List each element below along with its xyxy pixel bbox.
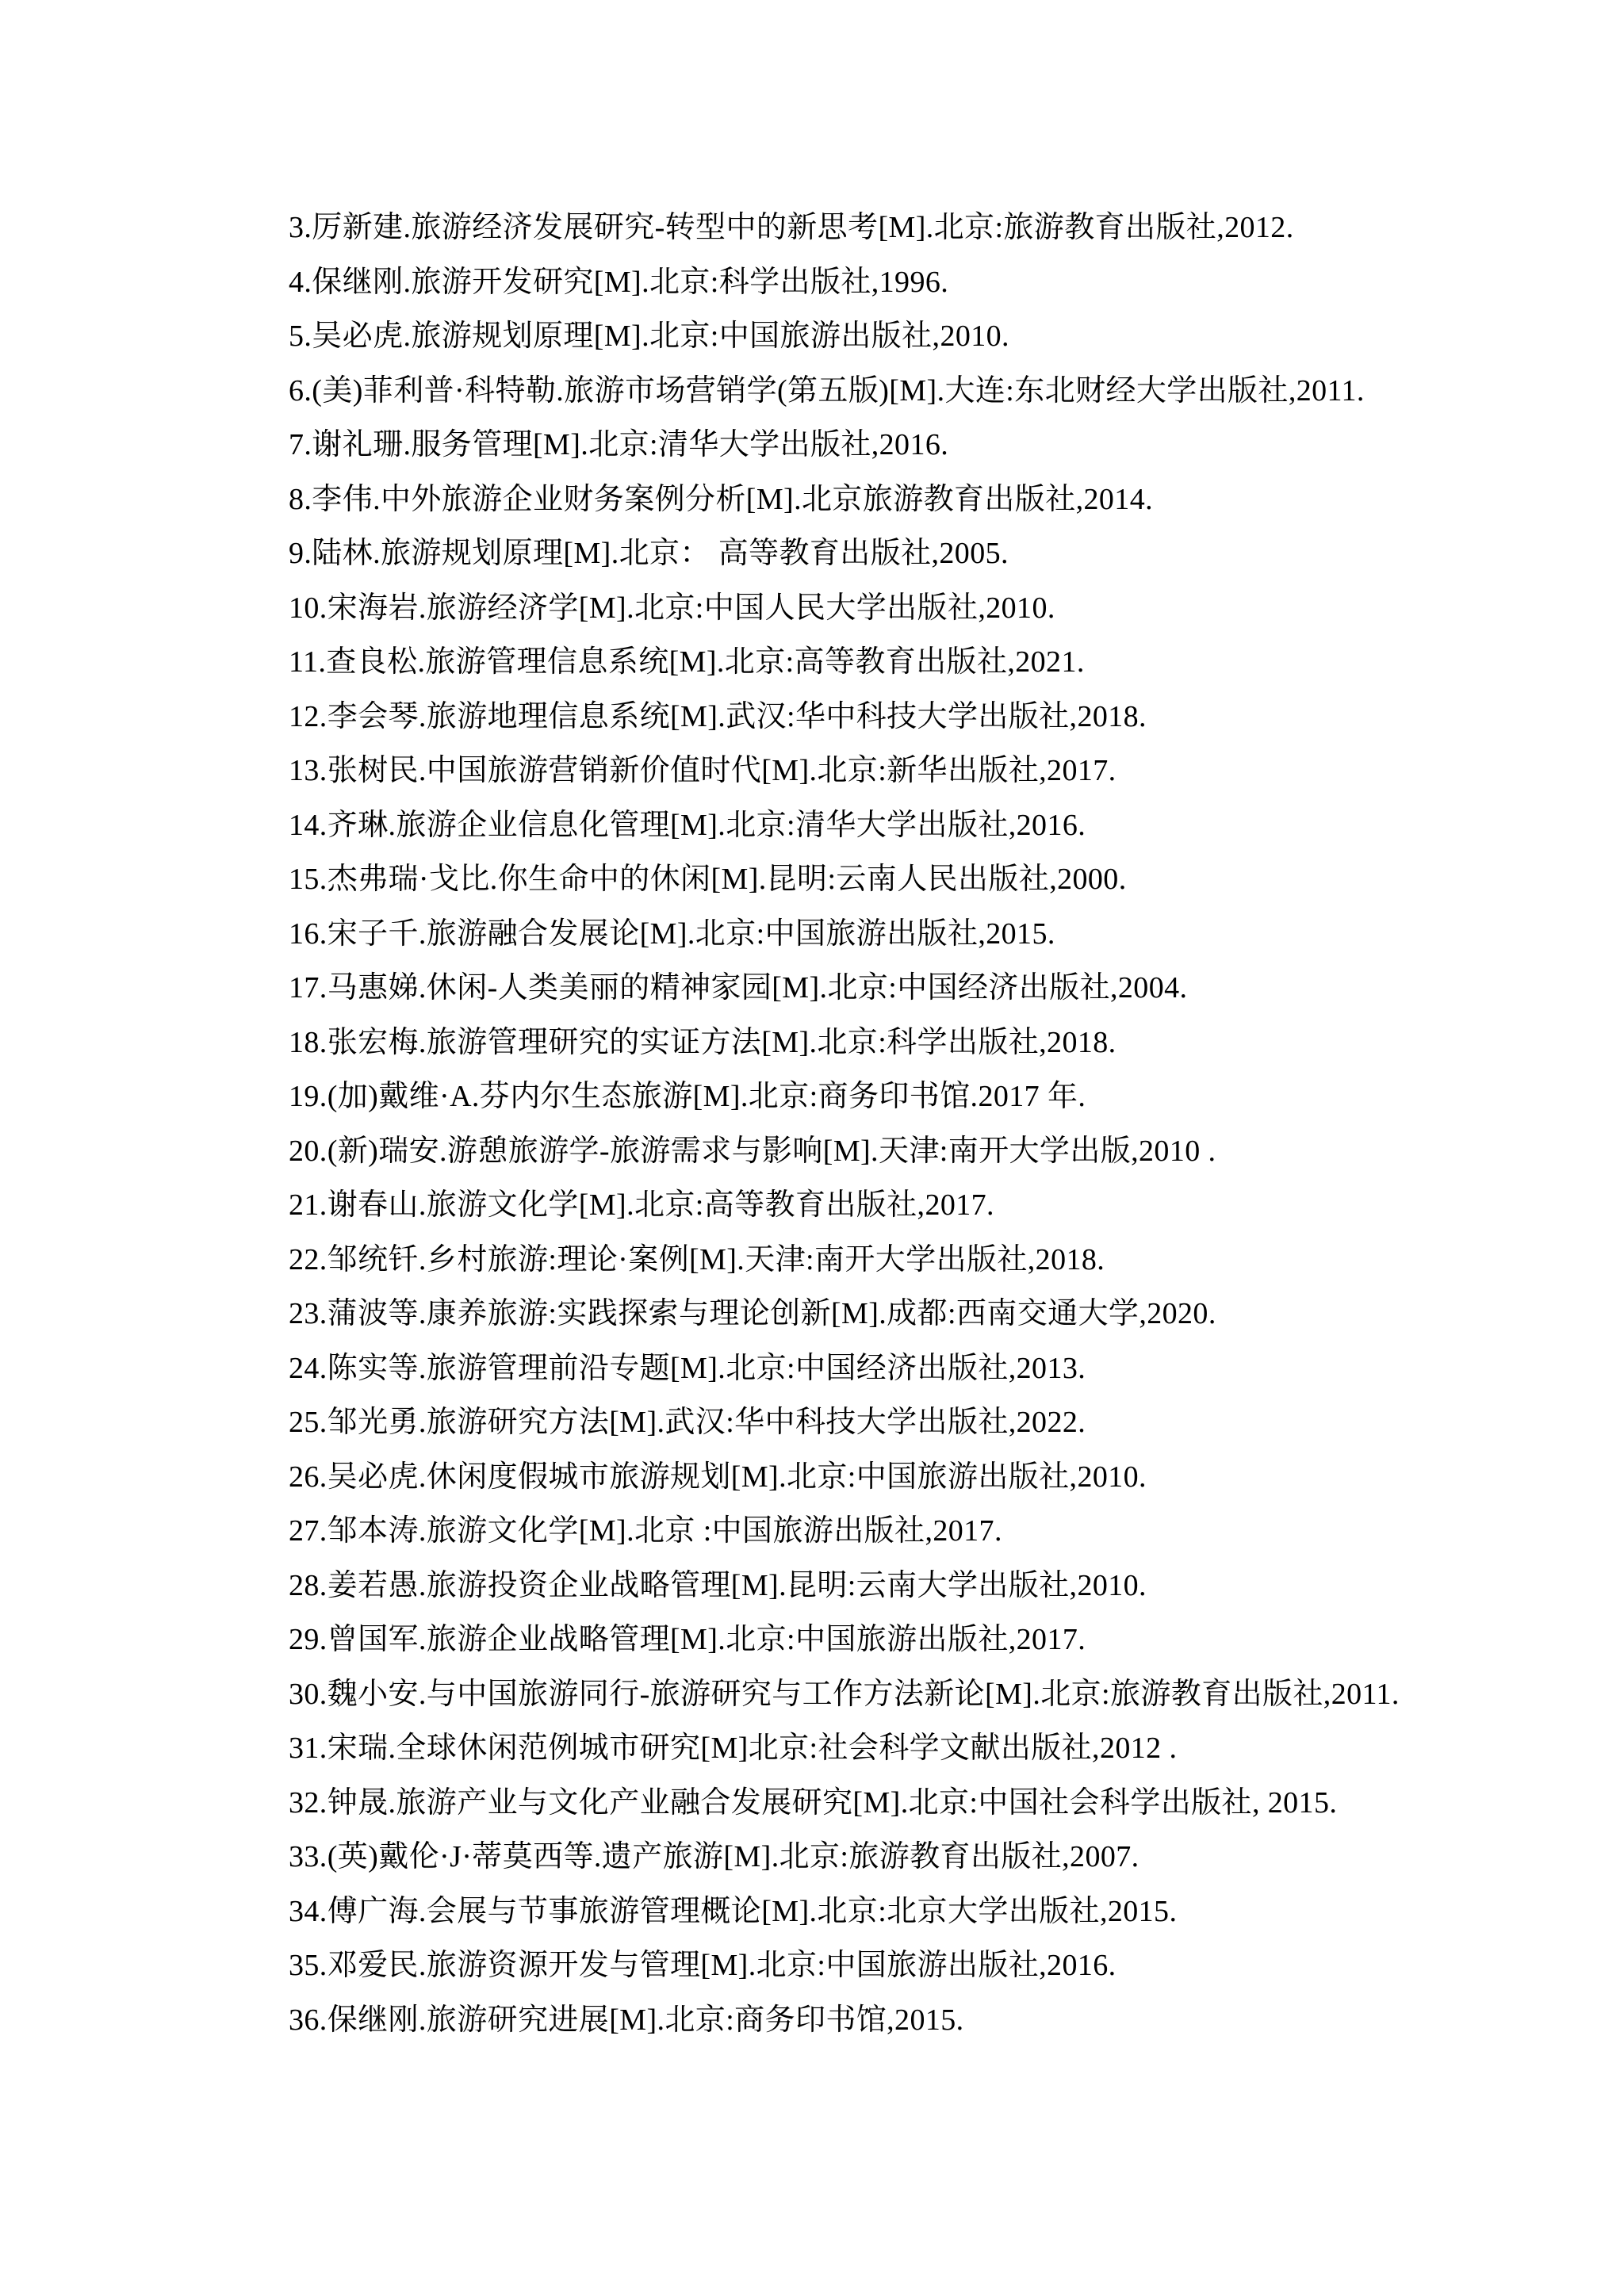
reference-item: 25.邹光勇.旅游研究方法[M].武汉:华中科技大学出版社,2022. [289,1395,1561,1450]
reference-item: 10.宋海岩.旅游经济学[M].北京:中国人民大学出版社,2010. [289,581,1561,636]
reference-item: 31.宋瑞.全球休闲范例城市研究[M]北京:社会科学文献出版社,2012 . [289,1721,1561,1776]
reference-item: 12.李会琴.旅游地理信息系统[M].武汉:华中科技大学出版社,2018. [289,690,1561,744]
reference-item: 13.张树民.中国旅游营销新价值时代[M].北京:新华出版社,2017. [289,744,1561,798]
reference-item: 35.邓爱民.旅游资源开发与管理[M].北京:中国旅游出版社,2016. [289,1938,1561,1993]
reference-item: 7.谢礼珊.服务管理[M].北京:清华大学出版社,2016. [289,418,1561,473]
reference-item: 29.曾国军.旅游企业战略管理[M].北京:中国旅游出版社,2017. [289,1613,1561,1667]
reference-item: 19.(加)戴维·A.芬内尔生态旅游[M].北京:商务印书馆.2017 年. [289,1070,1561,1124]
reference-item: 4.保继刚.旅游开发研究[M].北京:科学出版社,1996. [289,255,1561,310]
document-page: 3.厉新建.旅游经济发展研究-转型中的新思考[M].北京:旅游教育出版社,201… [0,0,1624,2296]
reference-item: 24.陈实等.旅游管理前沿专题[M].北京:中国经济出版社,2013. [289,1341,1561,1396]
reference-item: 17.马惠娣.休闲-人类美丽的精神家园[M].北京:中国经济出版社,2004. [289,961,1561,1016]
reference-item: 30.魏小安.与中国旅游同行-旅游研究与工作方法新论[M].北京:旅游教育出版社… [289,1667,1561,1722]
reference-item: 8.李伟.中外旅游企业财务案例分析[M].北京旅游教育出版社,2014. [289,473,1561,527]
reference-item: 14.齐琳.旅游企业信息化管理[M].北京:清华大学出版社,2016. [289,798,1561,853]
reference-item: 23.蒲波等.康养旅游:实践探索与理论创新[M].成都:西南交通大学,2020. [289,1287,1561,1341]
reference-item: 26.吴必虎.休闲度假城市旅游规划[M].北京:中国旅游出版社,2010. [289,1450,1561,1505]
reference-item: 11.查良松.旅游管理信息系统[M].北京:高等教育出版社,2021. [289,635,1561,690]
reference-item: 15.杰弗瑞·戈比.你生命中的休闲[M].昆明:云南人民出版社,2000. [289,852,1561,907]
reference-item: 28.姜若愚.旅游投资企业战略管理[M].昆明:云南大学出版社,2010. [289,1559,1561,1613]
reference-item: 5.吴必虎.旅游规划原理[M].北京:中国旅游出版社,2010. [289,309,1561,364]
reference-item: 27.邹本涛.旅游文化学[M].北京 :中国旅游出版社,2017. [289,1504,1561,1559]
reference-item: 20.(新)瑞安.游憩旅游学-旅游需求与影响[M].天津:南开大学出版,2010… [289,1124,1561,1179]
reference-item: 6.(美)菲利普·科特勒.旅游市场营销学(第五版)[M].大连:东北财经大学出版… [289,364,1561,419]
reference-list: 3.厉新建.旅游经济发展研究-转型中的新思考[M].北京:旅游教育出版社,201… [289,201,1561,2047]
reference-item: 18.张宏梅.旅游管理研究的实证方法[M].北京:科学出版社,2018. [289,1016,1561,1070]
reference-item: 16.宋子千.旅游融合发展论[M].北京:中国旅游出版社,2015. [289,907,1561,962]
reference-item: 22.邹统钎.乡村旅游:理论·案例[M].天津:南开大学出版社,2018. [289,1233,1561,1288]
reference-item: 9.陆林.旅游规划原理[M].北京： 高等教育出版社,2005. [289,526,1561,581]
reference-item: 34.傅广海.会展与节事旅游管理概论[M].北京:北京大学出版社,2015. [289,1885,1561,1939]
reference-item: 3.厉新建.旅游经济发展研究-转型中的新思考[M].北京:旅游教育出版社,201… [289,201,1561,255]
reference-item: 33.(英)戴伦·J·蒂莫西等.遗产旅游[M].北京:旅游教育出版社,2007. [289,1830,1561,1885]
reference-item: 21.谢春山.旅游文化学[M].北京:高等教育出版社,2017. [289,1178,1561,1233]
reference-item: 32.钟晟.旅游产业与文化产业融合发展研究[M].北京:中国社会科学出版社, 2… [289,1776,1561,1831]
reference-item: 36.保继刚.旅游研究进展[M].北京:商务印书馆,2015. [289,1993,1561,2048]
